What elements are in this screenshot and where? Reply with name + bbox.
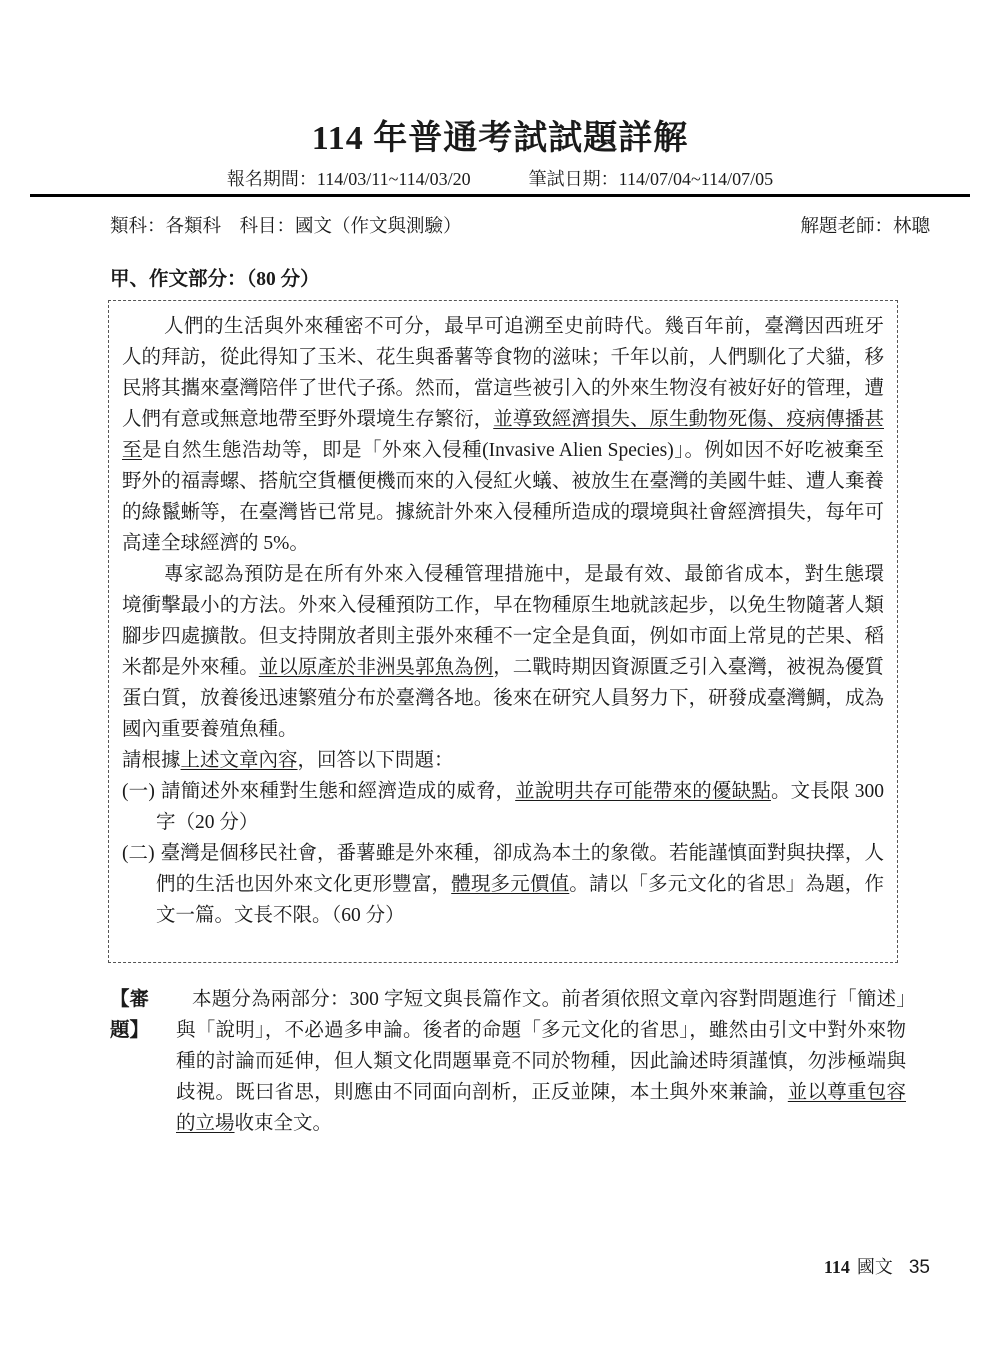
question-item-1: (一)請簡述外來種對生態和經濟造成的威脅，並說明共存可能帶來的優缺點。文長限 3…	[122, 776, 884, 838]
section-heading: 甲、作文部分：（80 分）	[110, 263, 320, 291]
analysis-text: 本題分為兩部分：300 字短文與長篇作文。前者須依照文章內容對問題進行「簡述」與…	[176, 984, 906, 1139]
footer-page-number: 35	[909, 1257, 930, 1278]
exam-dates-line: 報名期間：114/03/11~114/03/20 筆試日期：114/07/04~…	[0, 165, 1000, 191]
exam-info-row: 類科：各類科 科目：國文（作文與測驗） 解題老師：林聰	[110, 212, 930, 238]
category-subject-info: 類科：各類科 科目：國文（作文與測驗）	[110, 212, 462, 238]
question-text-1: 請簡述外來種對生態和經濟造成的威脅，並說明共存可能帶來的優缺點。文長限 300 …	[156, 781, 884, 833]
footer-year: 114	[824, 1257, 850, 1277]
passage-instruction-line: 請根據上述文章內容，回答以下問題：	[122, 745, 884, 776]
question-item-2: (二)臺灣是個移民社會，番薯雖是外來種，卻成為本土的象徵。若能謹慎面對與抉擇，人…	[122, 838, 884, 931]
passage-box: 人們的生活與外來種密不可分，最早可追溯至史前時代。幾百年前，臺灣因西班牙人的拜訪…	[108, 300, 898, 963]
page-footer: 114國文35	[824, 1253, 930, 1279]
analysis-section: 【審題】 本題分為兩部分：300 字短文與長篇作文。前者須依照文章內容對問題進行…	[110, 984, 906, 1139]
solver-info: 解題老師：林聰	[800, 212, 930, 238]
passage-paragraph-2: 專家認為預防是在所有外來入侵種管理措施中，是最有效、最節省成本，對生態環境衝擊最…	[122, 559, 884, 745]
footer-subject: 國文	[857, 1257, 893, 1277]
passage-paragraph-1: 人們的生活與外來種密不可分，最早可追溯至史前時代。幾百年前，臺灣因西班牙人的拜訪…	[122, 311, 884, 559]
question-marker-1: (一)	[122, 781, 155, 802]
registration-period: 報名期間：114/03/11~114/03/20	[227, 165, 471, 191]
header-divider	[30, 194, 970, 197]
written-exam-date: 筆試日期：114/07/04~114/07/05	[529, 165, 773, 191]
document-page: 114 年普通考試試題詳解 報名期間：114/03/11~114/03/20 筆…	[0, 0, 1000, 1353]
page-title: 114 年普通考試試題詳解	[0, 110, 1000, 159]
question-text-2: 臺灣是個移民社會，番薯雖是外來種，卻成為本土的象徵。若能謹慎面對與抉擇，人們的生…	[156, 843, 884, 926]
analysis-label: 【審題】	[110, 984, 176, 1139]
question-marker-2: (二)	[122, 843, 155, 864]
